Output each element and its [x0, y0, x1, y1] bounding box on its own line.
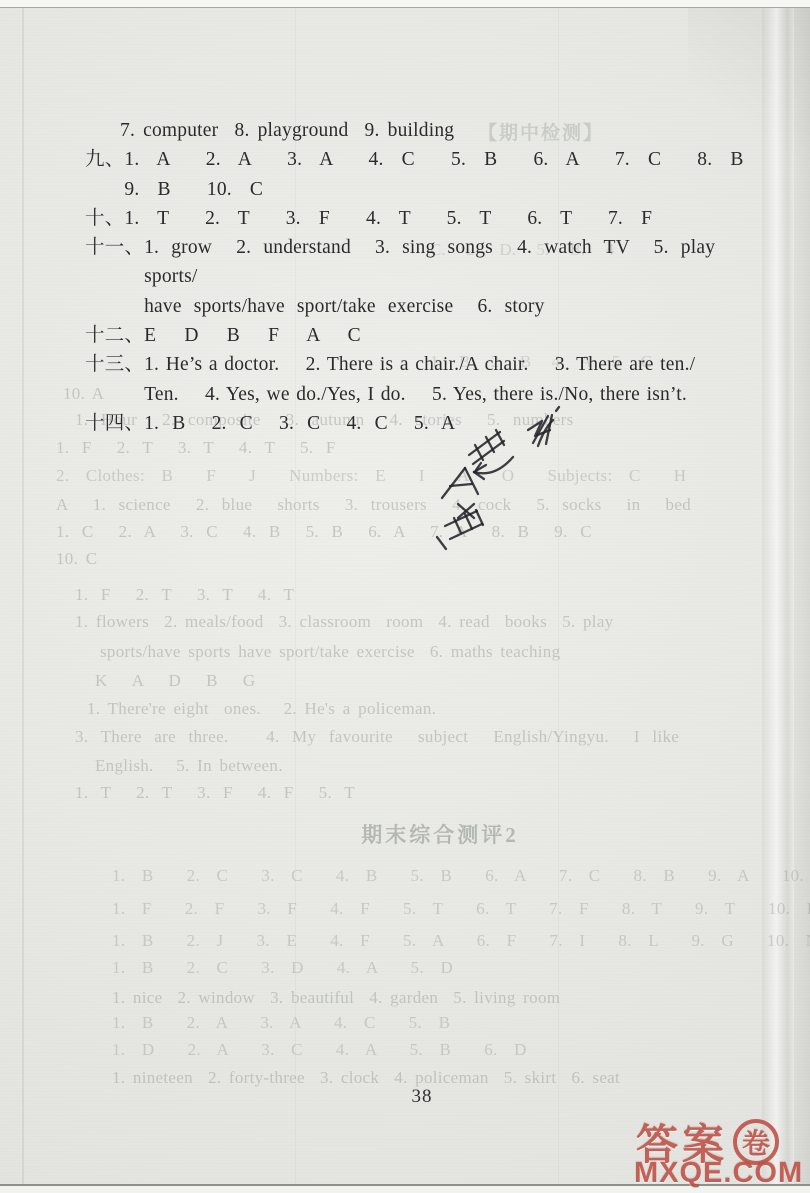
bleedthrough-text-line: 1. nice 2. window 3. beautiful 4. garden…: [112, 988, 560, 1008]
section-label: 十四、: [85, 409, 144, 438]
bleedthrough-text-line: 1. B 2. J 3. E 4. F 5. A 6. F 7. I 8. L …: [112, 931, 810, 951]
answer-section-3: 十一、1. grow 2. understand 3. sing songs 4…: [85, 233, 757, 321]
bleedthrough-text-line: 1. F 2. T 3. T 4. T 5. F: [56, 438, 336, 458]
handwritten-annotation: [425, 385, 645, 575]
bleedthrough-text-line: sports/have sports have sport/take exerc…: [100, 642, 560, 662]
answer-section-1: 九、1. A 2. A 3. A 4. C 5. B 6. A 7. C 8. …: [85, 145, 757, 204]
bleedthrough-text-line: K A D B G: [95, 671, 255, 691]
right-scan-edge: [794, 8, 810, 1185]
right-page-curl: [762, 8, 794, 1185]
bleedthrough-text-line: 1. F 2. T 3. T 4. T: [75, 585, 294, 605]
answer-key-text: 7. computer 8. playground 9. building九、1…: [85, 116, 757, 438]
bleedthrough-text-line: 1. B 2. A 3. A 4. C 5. B: [112, 1013, 450, 1033]
answer-section-5: 十三、1. He’s a doctor. 2. There is a chair…: [85, 350, 757, 409]
bleedthrough-text-line: 1. flowers 2. meals/food 3. classroom ro…: [75, 612, 613, 632]
section-label: 十一、: [85, 233, 144, 262]
section-answers: 1. A 2. A 3. A 4. C 5. B 6. A 7. C 8. B …: [124, 145, 757, 204]
answer-section-0: 7. computer 8. playground 9. building: [85, 116, 757, 145]
left-crease: [22, 8, 24, 1185]
bleedthrough-text-line: 1. nineteen 2. forty-three 3. clock 4. p…: [112, 1068, 620, 1088]
section-label: 十三、: [85, 350, 144, 379]
bleedthrough-text-line: 1. F 2. F 3. F 4. F 5. T 6. T 7. F 8. T …: [112, 899, 810, 919]
answer-section-2: 十、1. T 2. T 3. F 4. T 5. T 6. T 7. F: [85, 204, 757, 233]
page-number: 38: [382, 1086, 462, 1108]
bleedthrough-text-line: 3. There are three. 4. My favourite subj…: [75, 727, 679, 747]
section-answers: 1. T 2. T 3. F 4. T 5. T 6. T 7. F: [124, 204, 652, 233]
section-label: 九、: [85, 145, 124, 174]
bleedthrough-text-line: 1. B 2. C 3. D 4. A 5. D: [112, 958, 453, 978]
answer-section-6: 十四、1. B 2. C 3. C 4. C 5. A: [85, 409, 757, 438]
bleedthrough-exam-title: 期末综合测评2: [345, 819, 535, 849]
bleedthrough-text-line: 1. T 2. T 3. F 4. F 5. T: [75, 783, 355, 803]
bleedthrough-text-line: 10. C: [56, 549, 97, 569]
answer-section-4: 十二、E D B F A C: [85, 321, 757, 350]
scanned-answer-page: 【期中检测】 期末综合测评2 C. 2. D. 5. B. 4 1 B 2 B …: [0, 0, 810, 1193]
section-answers: 1. grow 2. understand 3. sing songs 4. w…: [144, 233, 757, 321]
bleedthrough-text-line: 1. There're eight ones. 2. He's a police…: [87, 699, 436, 719]
section-answers: 1. B 2. C 3. C 4. C 5. A: [144, 409, 455, 438]
section-answers: 7. computer 8. playground 9. building: [85, 116, 454, 145]
bleedthrough-text-line: 1. D 2. A 3. C 4. A 5. B 6. D: [112, 1040, 527, 1060]
section-answers: E D B F A C: [144, 321, 361, 350]
bleedthrough-text-line: 1. B 2. C 3. C 4. B 5. B 6. A 7. C 8. B …: [112, 866, 810, 886]
bleedthrough-text-line: English. 5. In between.: [95, 756, 283, 776]
section-label: 十二、: [85, 321, 144, 350]
watermark-site-url: MXQE.COM: [634, 1157, 803, 1190]
section-label: 十、: [85, 204, 124, 233]
